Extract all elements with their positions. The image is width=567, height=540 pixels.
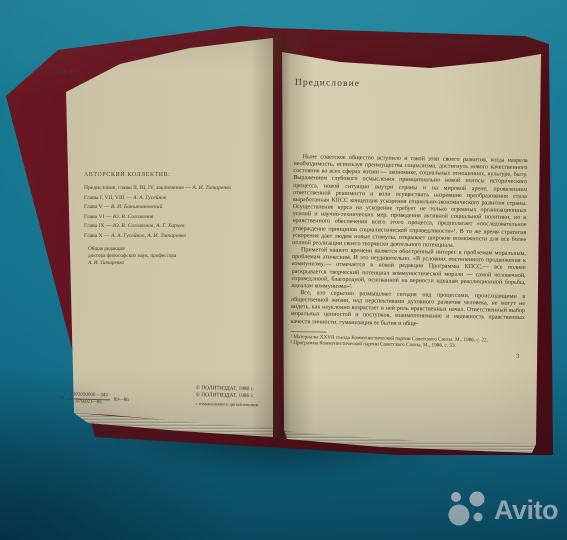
editors-line: доктора философских наук, профессора <box>88 253 176 260</box>
editors-line: Общая редакция <box>88 246 176 253</box>
author-prefix: Предисловие, главы II, III, IV, заключен… <box>84 185 192 191</box>
author-name: А. И. Титаренко <box>192 185 231 191</box>
author-prefix: Глава V — <box>84 204 111 210</box>
author-name: Ю. В. Согомонов, А. Г. Харчев <box>113 223 185 229</box>
copyright-note: с изменениями и дополнениями <box>196 400 259 409</box>
authors-block: АВТОРСКИЙ КОЛЛЕКТИВ: Предисловие, главы … <box>84 172 231 242</box>
avito-watermark: Avito <box>446 489 558 532</box>
footnotes-block: ¹ Материалы XXVII съезда Коммунистическо… <box>290 334 524 350</box>
photo-background: ББК 87.7 М27 АВТОРСКИЙ КОЛЛЕКТИВ: Предис… <box>0 0 567 540</box>
editors-block: Общая редакция доктора философских наук,… <box>88 246 176 266</box>
bbk-classification: ББК 87.7 М27 <box>57 70 83 84</box>
preface-content: Предисловие Ныне советское общество всту… <box>290 78 529 360</box>
preface-paragraph: Ныне советское общество вступило в такой… <box>292 154 528 251</box>
author-line: Глава V — В. И. Бакштановский <box>84 203 231 213</box>
author-line: Предисловие, главы II, III, IV, заключен… <box>84 184 231 194</box>
author-name: А. А. Гусейнов <box>133 195 167 201</box>
imprint-denominator: 079(02)—86 <box>68 399 110 406</box>
avito-wordmark: Avito <box>494 495 558 526</box>
author-prefix: Главы I, VII, VIII — <box>84 195 133 201</box>
author-name: А. А. Гусейнов, А. И. Титаренко <box>111 233 186 239</box>
preface-paragraph: Все, кто серьезно размышляет сегодня над… <box>291 290 526 330</box>
imprint-fraction: 0302030000—343 079(02)—86 <box>68 392 110 405</box>
editors-name: А. И. Титаренко <box>88 260 176 267</box>
avito-dots-icon <box>446 489 488 532</box>
author-line: Глава IX — Ю. В. Согомонов, А. Г. Харчев <box>84 222 231 232</box>
author-line: Главы I, VII, VIII — А. А. Гусейнов <box>84 194 231 204</box>
author-line: Глава X — А. А. Гусейнов, А. И. Титаренк… <box>84 232 231 242</box>
footnote-rule <box>291 331 327 333</box>
preface-body: Ныне советское общество вступило в такой… <box>291 154 528 330</box>
bbk-author-sign: М27 <box>72 77 83 84</box>
bbk-code: ББК 87.7 <box>57 70 83 77</box>
imprint-prefix: М <box>60 395 65 400</box>
author-line: Глава VI — Ю. В. Согомонов <box>84 213 231 223</box>
copyright-block: © ПОЛИТИЗДАТ, 1980 г. © ПОЛИТИЗДАТ, 1986… <box>196 385 259 409</box>
imprint-suffix: 89—86 <box>114 397 129 402</box>
preface-paragraph: Приметой нашего времени является обостре… <box>291 247 526 294</box>
authors-heading: АВТОРСКИЙ КОЛЛЕКТИВ: <box>84 172 231 178</box>
author-prefix: Глава IX — <box>84 223 113 229</box>
author-name: Ю. В. Согомонов <box>113 214 153 220</box>
author-prefix: Глава X — <box>84 233 111 239</box>
author-prefix: Глава VI — <box>84 214 113 220</box>
author-name: В. И. Бакштановский <box>111 204 163 210</box>
imprint-block: М 0302030000—343 079(02)—86 89—86 <box>60 392 129 406</box>
